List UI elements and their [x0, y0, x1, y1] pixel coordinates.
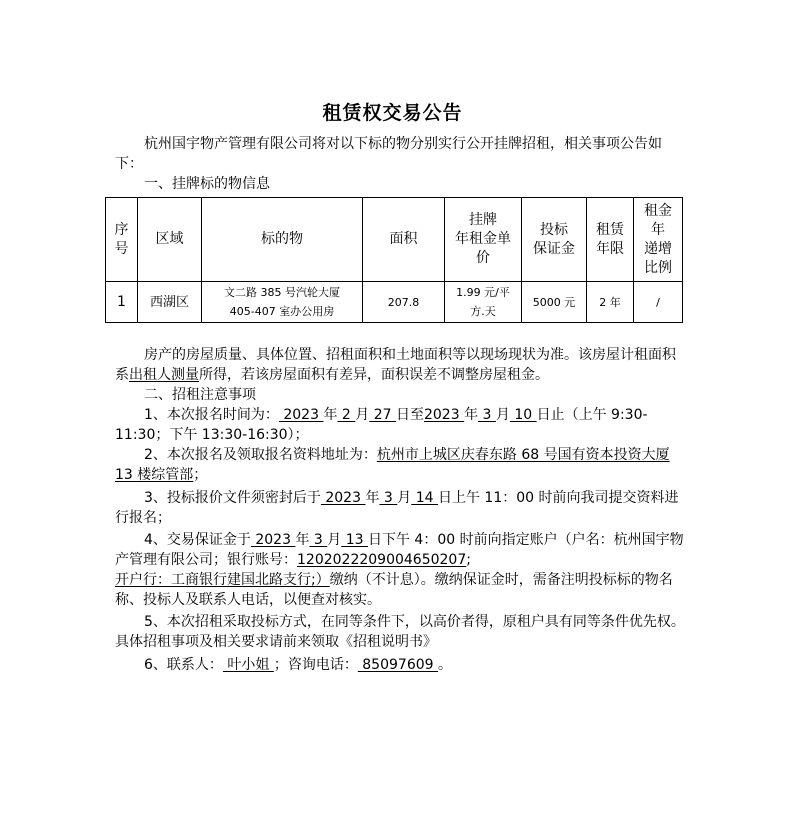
cell-district: 西湖区	[138, 282, 202, 323]
section1-heading: 一、挂牌标的物信息	[115, 174, 685, 194]
bank-account-number: 1202022209004650207	[297, 552, 466, 568]
item-5-bidding-method: 5、本次招租采取投标方式，在同等条件下，以高价者得，原租户具有同等条件优先权。具…	[115, 612, 685, 652]
header-term: 租赁年限	[587, 198, 634, 282]
intro-paragraph: 杭州国宇物产管理有限公司将对以下标的物分别实行公开挂牌招租，相关事项公告如下：	[115, 134, 685, 174]
cell-term: 2 年	[587, 282, 634, 323]
item-1-registration-time: 1、本次报名时间为： 2023 年 2 月 27 日至2023 年 3 月 10…	[115, 405, 685, 445]
cell-price: 1.99 元/平方.天	[445, 282, 522, 323]
bank-name: 开户行：工商银行建国北路支行;）	[115, 572, 330, 588]
item-3-submission: 3、投标报价文件须密封后于 2023 年 3 月 14 日上午 11：00 时前…	[115, 488, 685, 528]
section2-heading: 二、招租注意事项	[115, 385, 685, 405]
header-property: 标的物	[202, 198, 363, 282]
measurer-underlined: 出租人测量	[129, 367, 199, 383]
item-4-deposit: 4、交易保证金于 2023 年 3 月 13 日下午 4：00 时前向指定账户（…	[115, 530, 685, 610]
header-price: 挂牌年租金单价	[445, 198, 522, 282]
announcement-page: 租赁权交易公告 杭州国宇物产管理有限公司将对以下标的物分别实行公开挂牌招租，相关…	[0, 0, 785, 839]
cell-area: 207.8	[363, 282, 445, 323]
contact-name: 叶小姐	[223, 657, 274, 673]
property-table: 序号 区域 标的物 面积 挂牌年租金单价 投标保证金 租赁年限 租金年递增比例 …	[105, 197, 683, 323]
header-deposit: 投标保证金	[522, 198, 587, 282]
cell-deposit: 5000 元	[522, 282, 587, 323]
cell-property: 文二路 385 号汽轮大厦405-407 室办公用房	[202, 282, 363, 323]
table-header-row: 序号 区域 标的物 面积 挂牌年租金单价 投标保证金 租赁年限 租金年递增比例	[106, 198, 683, 282]
cell-increase: /	[634, 282, 683, 323]
header-increase: 租金年递增比例	[634, 198, 683, 282]
table-row: 1 西湖区 文二路 385 号汽轮大厦405-407 室办公用房 207.8 1…	[106, 282, 683, 323]
header-area: 面积	[363, 198, 445, 282]
item-2-address: 2、本次报名及领取报名资料地址为：杭州市上城区庆春东路 68 号国有资本投资大厦…	[115, 445, 685, 485]
cell-index: 1	[106, 282, 138, 323]
contact-phone: 85097609	[358, 657, 438, 673]
document-title: 租赁权交易公告	[0, 98, 785, 125]
header-district: 区域	[138, 198, 202, 282]
header-index: 序号	[106, 198, 138, 282]
item-6-contact: 6、联系人： 叶小姐 ；咨询电话： 85097609 。	[115, 655, 685, 675]
note-paragraph: 房产的房屋质量、具体位置、招租面积和土地面积等以现场现状为准。该房屋计租面积系出…	[115, 345, 685, 385]
